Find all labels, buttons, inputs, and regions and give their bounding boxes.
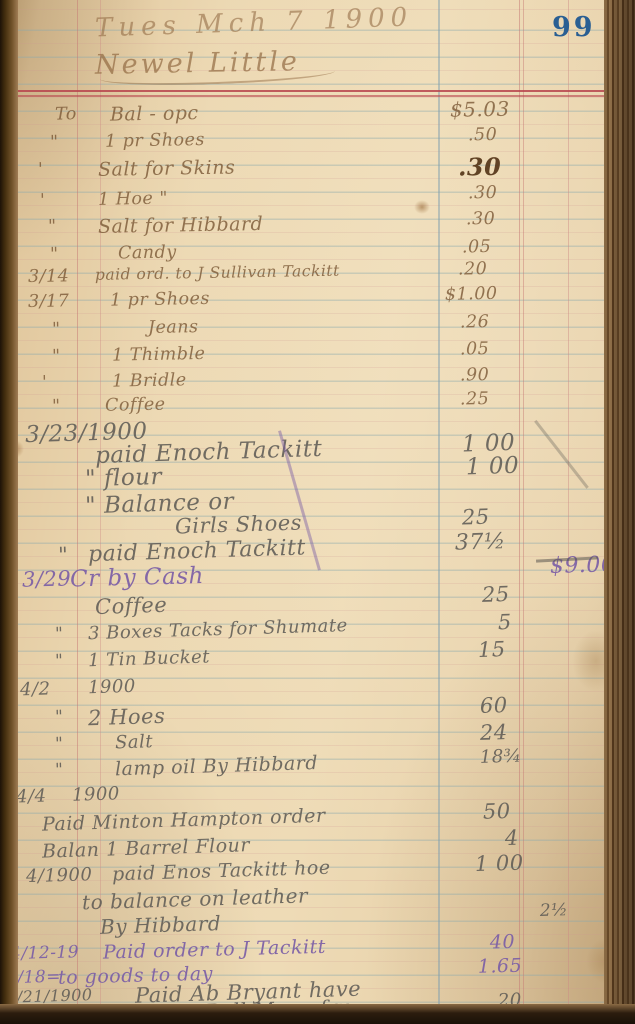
page-stack-right-edge bbox=[604, 0, 635, 1024]
entry-date: " bbox=[55, 624, 64, 644]
entry-amount: .05 bbox=[462, 237, 492, 258]
entry-amount: .30 bbox=[468, 183, 498, 204]
entry-date: " bbox=[48, 217, 57, 237]
entry-date: " bbox=[52, 396, 61, 416]
entry-amount: 25 bbox=[482, 582, 510, 607]
entry-amount: .20 bbox=[458, 259, 488, 280]
entry-amount: .25 bbox=[460, 389, 490, 410]
entry-description: Salt bbox=[115, 731, 154, 753]
entry-description: Salt for Skins bbox=[98, 156, 236, 180]
book-spine-left-edge bbox=[0, 0, 18, 1024]
book-cover-bottom-edge bbox=[0, 1004, 635, 1024]
entry-date: 3/29 bbox=[22, 566, 72, 591]
entry-description: 1 Hoe " bbox=[98, 189, 168, 210]
entry-date: To bbox=[55, 104, 77, 124]
header-rule bbox=[18, 90, 605, 92]
entry-description: Cr by Cash bbox=[70, 563, 204, 592]
entry-amount: 18¾ bbox=[480, 746, 522, 768]
entry-description: Coffee bbox=[105, 395, 166, 416]
entry-date: ' bbox=[40, 191, 46, 211]
entry-description: Bal - opc bbox=[110, 102, 199, 126]
entry-description: 1900 bbox=[88, 676, 136, 698]
entry-description: 1 Thimble bbox=[112, 344, 206, 366]
entry-description: 1900 bbox=[72, 783, 120, 805]
entry-amount: 24 bbox=[480, 720, 508, 745]
entry-date: 4/2 bbox=[20, 678, 51, 700]
entry-amount: 4 bbox=[504, 826, 519, 850]
entry-description: Girls Shoes bbox=[175, 510, 303, 538]
page-number: 99 bbox=[552, 12, 596, 43]
entry-amount: .05 bbox=[460, 339, 490, 360]
entry-description: 2 Hoes bbox=[88, 704, 166, 730]
entry-amount: 5 bbox=[498, 610, 513, 634]
entry-date: 4/1900 bbox=[26, 864, 93, 887]
entry-amount: 2½ bbox=[539, 900, 568, 921]
entry-description: By Hibbard bbox=[100, 911, 222, 939]
entry-amount: .30 bbox=[466, 209, 496, 230]
entry-amount: 37½ bbox=[455, 529, 507, 556]
entry-amount: .26 bbox=[460, 312, 490, 333]
entry-amount: 1 00 bbox=[466, 453, 520, 481]
entry-description: Coffee bbox=[95, 593, 168, 619]
entry-description: 1 Bridle bbox=[112, 370, 187, 391]
entry-amount: 40 bbox=[490, 931, 516, 954]
entry-description: 1 pr Shoes bbox=[110, 289, 210, 311]
entry-amount: 25 bbox=[462, 505, 490, 530]
ledger-page: Tues Mch 7 1900 Newel Little 99 To Bal -… bbox=[0, 0, 635, 1024]
entry-description: Paid order to J Tackitt bbox=[103, 936, 326, 964]
entry-date: " bbox=[55, 760, 64, 780]
entry-description: 1 pr Shoes bbox=[105, 130, 205, 152]
entry-description: Candy bbox=[118, 242, 177, 263]
entry-date: " bbox=[50, 133, 59, 153]
entry-date: 4/12-19 bbox=[10, 942, 80, 964]
entry-amount: $1.00 bbox=[445, 284, 498, 305]
entry-date: ' bbox=[38, 160, 44, 180]
entry-date: " bbox=[52, 346, 61, 366]
entry-date: " bbox=[50, 245, 59, 265]
entry-date: " bbox=[55, 707, 64, 727]
entry-date: 3/17 bbox=[28, 291, 70, 312]
entry-description: Jeans bbox=[148, 317, 199, 338]
entry-amount: .30 bbox=[458, 152, 502, 182]
entry-date: " bbox=[52, 319, 61, 339]
entry-description: Salt for Hibbard bbox=[98, 213, 264, 238]
entry-amount: 15 bbox=[478, 637, 506, 662]
entry-description: 1 Tin Bucket bbox=[88, 646, 211, 671]
entry-date: " bbox=[55, 651, 64, 671]
entry-date: 4/4 bbox=[16, 786, 47, 808]
paper-stain bbox=[414, 200, 430, 214]
entry-description: paid ord. to J Sullivan Tackitt bbox=[95, 262, 340, 284]
entry-amount: 60 bbox=[480, 693, 508, 718]
entry-description: " flour bbox=[85, 464, 163, 492]
entry-date: " bbox=[58, 543, 69, 567]
entry-date: " bbox=[55, 734, 64, 754]
entry-date: ' bbox=[42, 373, 48, 393]
entry-amount: 1 00 bbox=[475, 851, 524, 877]
entry-amount: .50 bbox=[468, 125, 498, 146]
entry-amount: $5.03 bbox=[450, 97, 510, 122]
entry-date: 3/14 bbox=[28, 266, 70, 287]
entry-amount: .90 bbox=[460, 365, 490, 386]
entry-amount: 50 bbox=[483, 799, 511, 824]
